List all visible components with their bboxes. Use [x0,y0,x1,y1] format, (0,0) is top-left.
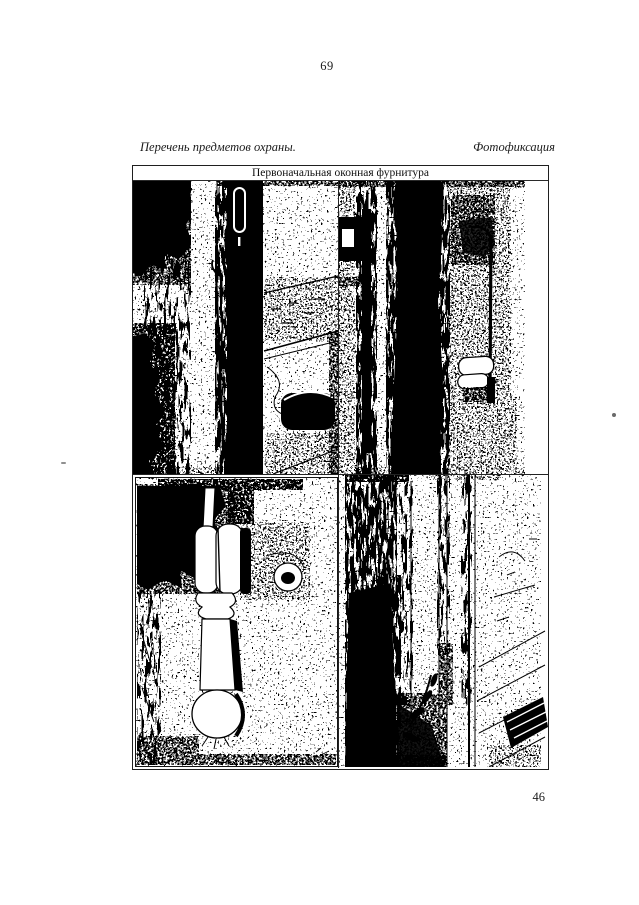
scan-artifact-dot [612,413,616,417]
photo-cell-bottom-right [339,474,548,768]
running-header: Перечень предметов охраны. Фотофиксация [140,140,555,155]
photo-cell-bottom-left [133,474,339,768]
page-number-top: 69 [0,59,639,74]
photo-grid [133,181,548,768]
photo-bottom-right [339,475,548,767]
running-header-right: Фотофиксация [473,140,555,155]
running-header-left: Перечень предметов охраны. [140,140,296,155]
photo-table: Первоначальная оконная фурнитура [132,165,549,770]
photo-cell-top-left [133,181,339,474]
document-page: 69 Перечень предметов охраны. Фотофиксац… [0,0,639,905]
photo-top-left [133,181,338,474]
photo-top-right [339,181,548,474]
scan-artifact-dash [61,462,66,464]
photo-bottom-left [135,477,338,767]
table-title: Первоначальная оконная фурнитура [133,166,548,181]
page-number-bottom: 46 [505,790,545,805]
photo-cell-top-right [339,181,548,474]
